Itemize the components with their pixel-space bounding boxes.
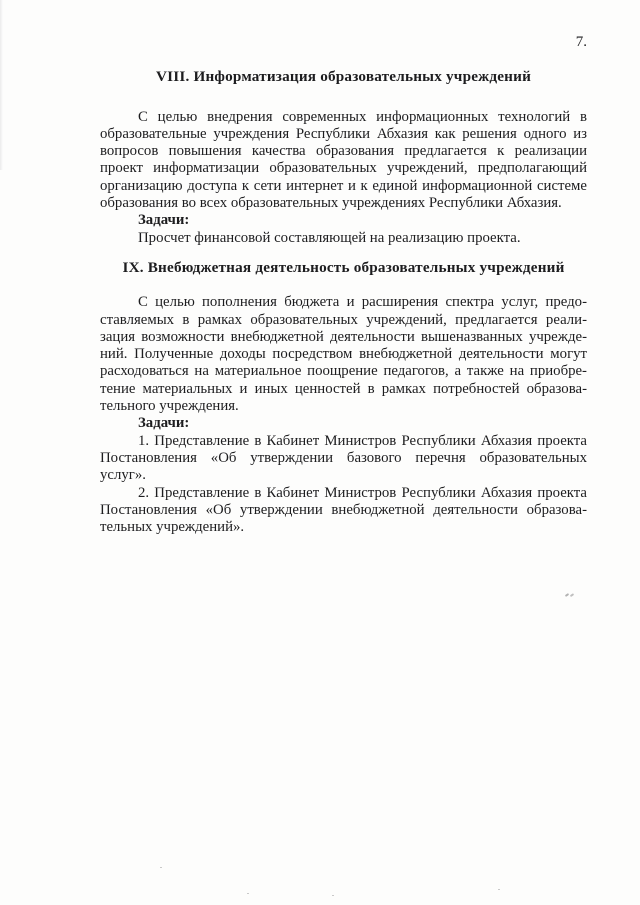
text-line: 1. Представление в Кабинет Министров Рес… bbox=[100, 433, 587, 450]
text-line: образовательные учреждения Республики Аб… bbox=[100, 126, 587, 143]
section-viii-heading: VIII. Информатизация образовательных учр… bbox=[100, 68, 587, 85]
scan-speck bbox=[498, 889, 500, 890]
text-line: тельных учреждений». bbox=[100, 519, 587, 536]
text-line: образования во всех образовательных учре… bbox=[100, 195, 587, 212]
document-content: 7. VIII. Информатизация образовательных … bbox=[100, 34, 587, 536]
scan-speck bbox=[247, 893, 249, 894]
text-line: услуг». bbox=[100, 467, 587, 484]
section-viii-tasks-label: Задачи: bbox=[100, 212, 587, 229]
text-line: Просчет финансовой составляющей на реали… bbox=[100, 230, 587, 247]
text-line: 2. Представление в Кабинет Министров Рес… bbox=[100, 485, 587, 502]
text-line: Постановления «Об утверждении внебюджетн… bbox=[100, 502, 587, 519]
section-ix-heading: IX. Внебюджетная деятельность образовате… bbox=[100, 259, 587, 276]
document-page: 7. VIII. Информатизация образовательных … bbox=[0, 0, 640, 905]
scan-edge-artifact bbox=[0, 0, 3, 170]
scan-speck bbox=[565, 593, 569, 597]
text-line: Постановления «Об утверждении базового п… bbox=[100, 450, 587, 467]
section-ix-tasks-label: Задачи: bbox=[100, 415, 587, 432]
text-line: зация возможности внебюджетной деятельно… bbox=[100, 329, 587, 346]
section-ix: IX. Внебюджетная деятельность образовате… bbox=[100, 259, 587, 536]
text-line: тельного учреждения. bbox=[100, 398, 587, 415]
text-line: организацию доступа к сети интернет и к … bbox=[100, 178, 587, 195]
text-line: С целью пополнения бюджета и расширения … bbox=[100, 294, 587, 311]
section-viii-paragraph: С целью внедрения современных информацио… bbox=[100, 109, 587, 213]
section-viii-task-1: Просчет финансовой составляющей на реали… bbox=[100, 230, 587, 247]
text-line: вопросов повышения качества образования … bbox=[100, 143, 587, 160]
scan-speck bbox=[160, 867, 162, 868]
section-ix-task-2: 2. Представление в Кабинет Министров Рес… bbox=[100, 485, 587, 537]
text-line: тение материальных и иных ценностей в ра… bbox=[100, 381, 587, 398]
section-viii: VIII. Информатизация образовательных учр… bbox=[100, 68, 587, 247]
page-number: 7. bbox=[100, 34, 587, 51]
section-ix-task-1: 1. Представление в Кабинет Министров Рес… bbox=[100, 433, 587, 485]
text-line: расходоваться на материальное поощрение … bbox=[100, 363, 587, 380]
scan-speck bbox=[332, 895, 334, 896]
text-line: ний. Полученные доходы посредством внебю… bbox=[100, 346, 587, 363]
text-line: ставляемых в рамках образовательных учре… bbox=[100, 312, 587, 329]
text-line: С целью внедрения современных информацио… bbox=[100, 109, 587, 126]
text-line: проект информатизации образовательных уч… bbox=[100, 160, 587, 177]
section-ix-paragraph: С целью пополнения бюджета и расширения … bbox=[100, 294, 587, 415]
